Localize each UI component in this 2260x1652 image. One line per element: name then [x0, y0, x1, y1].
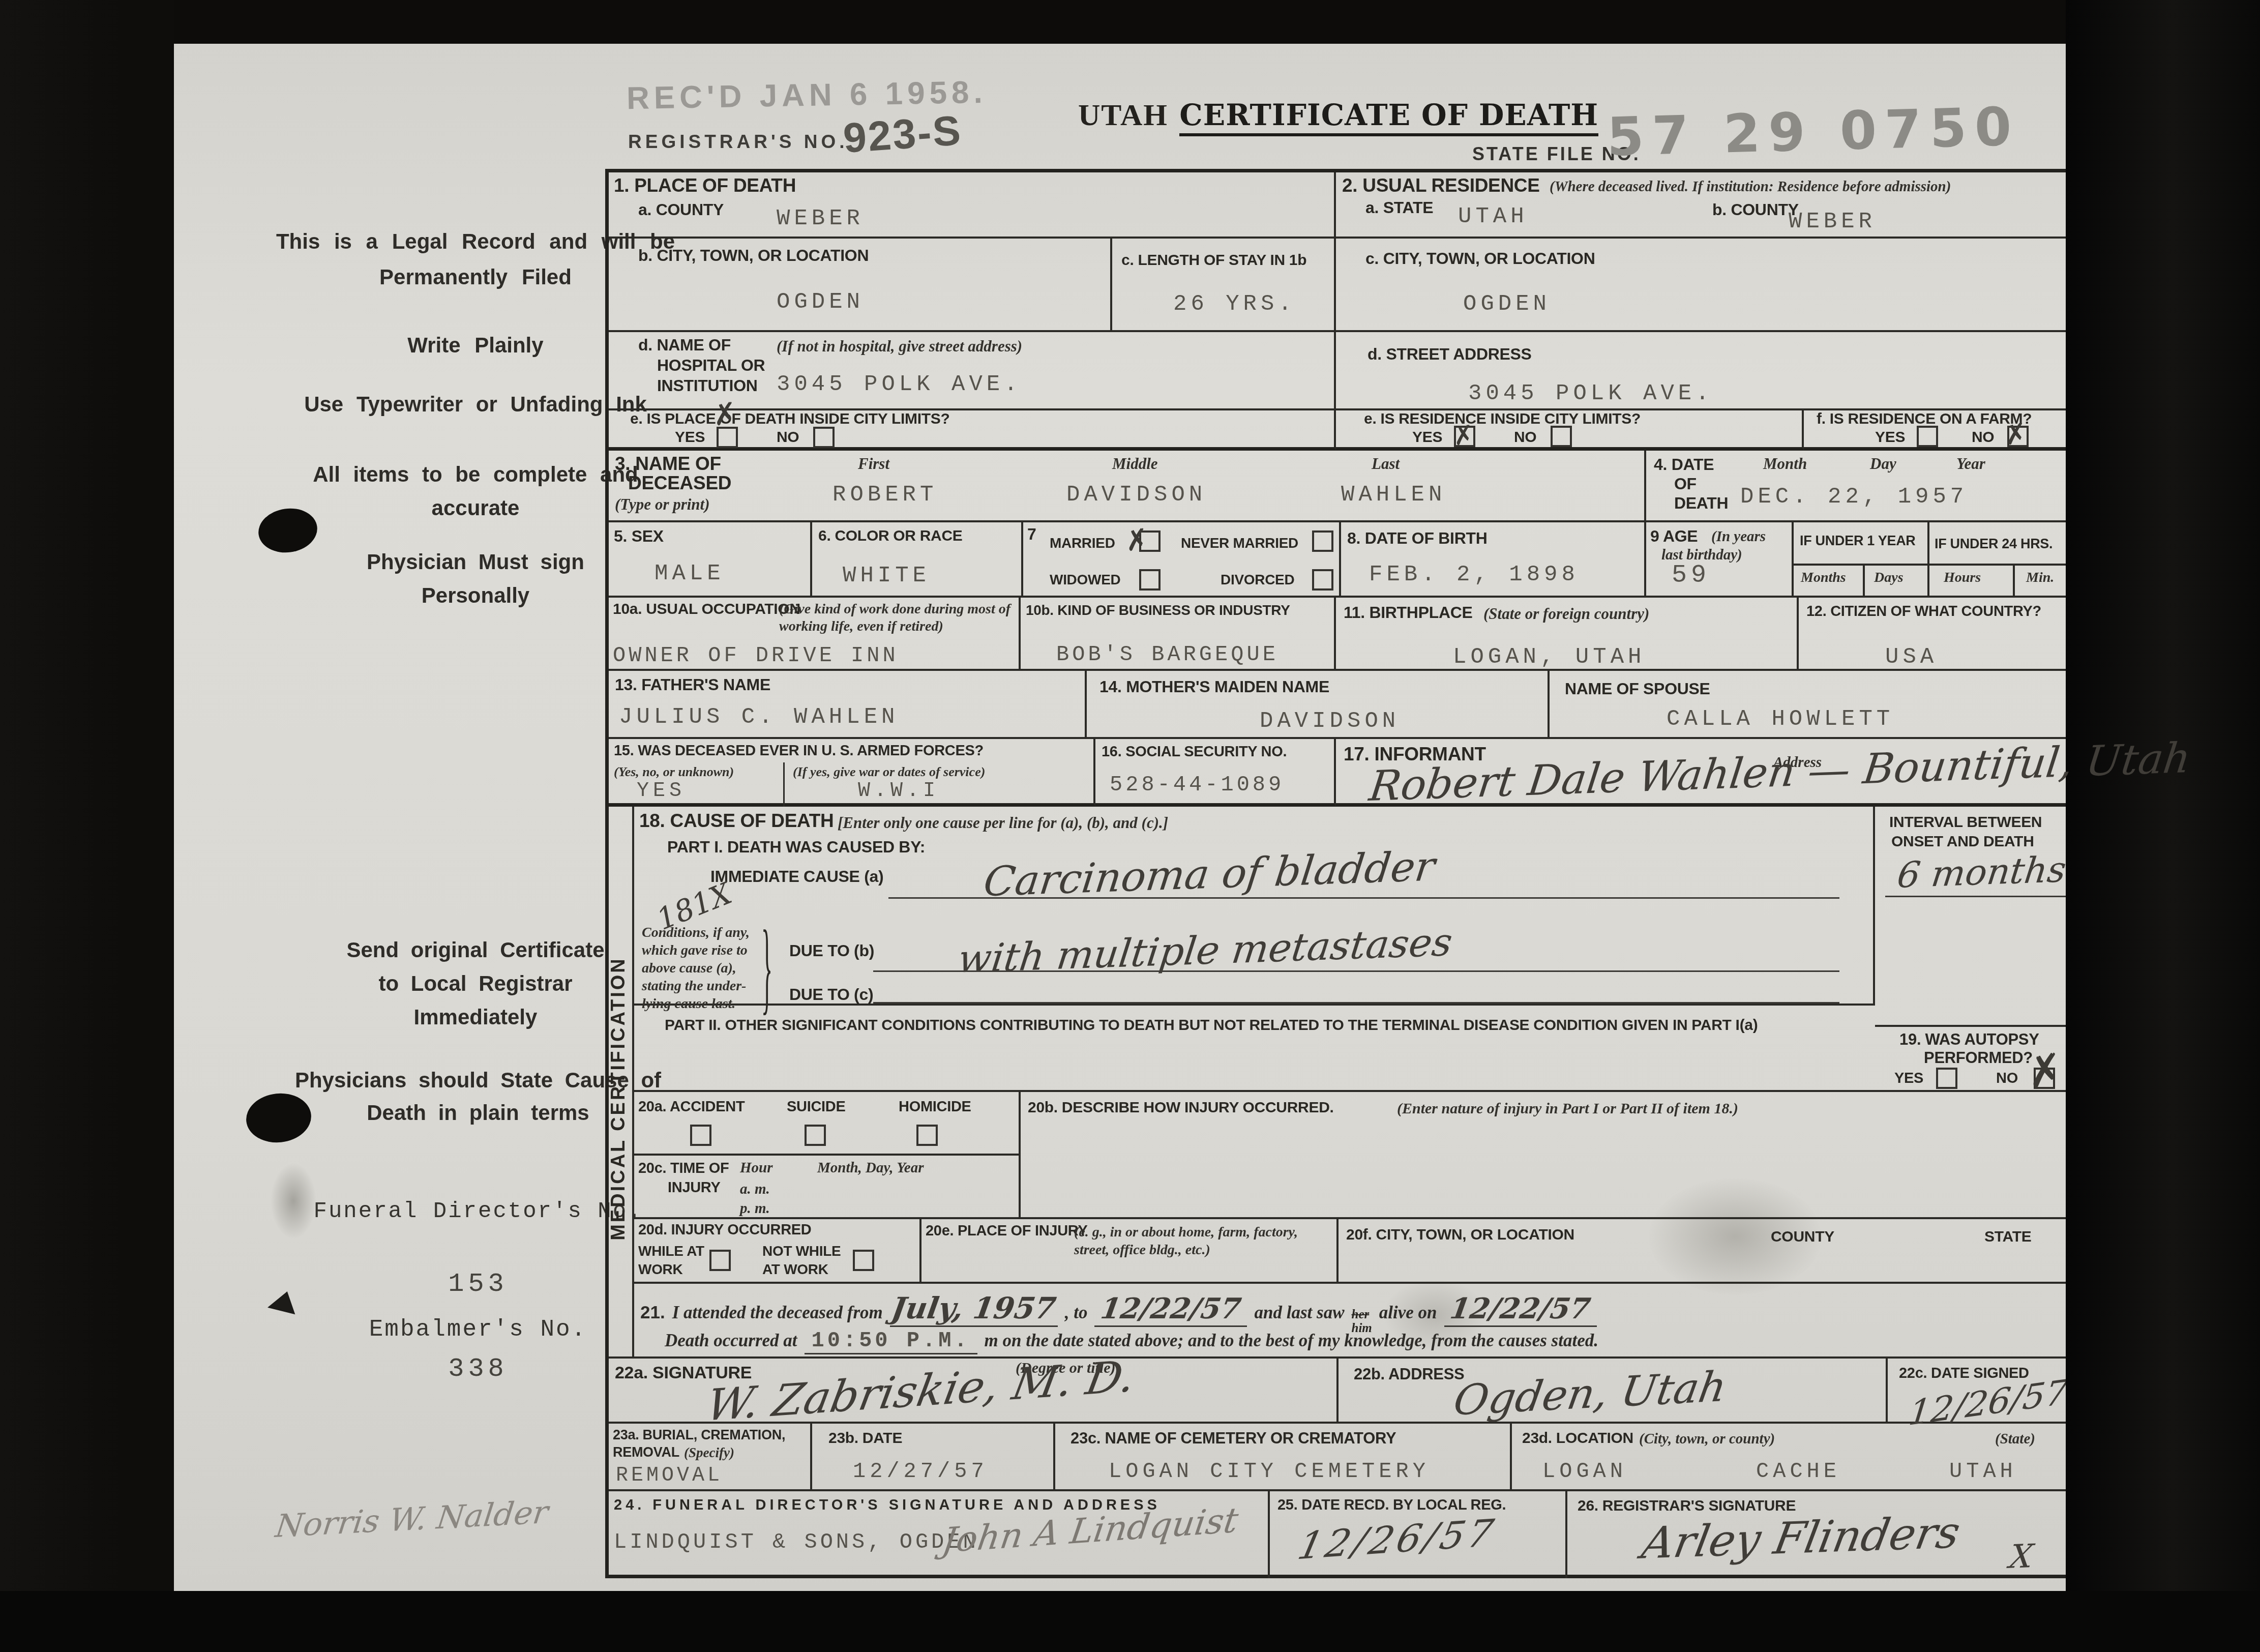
- am-label: a. m.: [740, 1181, 770, 1198]
- field-age-under: IF UNDER 1 YEAR IF UNDER 24 HRS. Months …: [1794, 522, 2077, 598]
- middle-name-header: Middle: [1112, 455, 1158, 473]
- field-time-of-injury: 20c. TIME OF INJURY Hour a. m. p. m. Mon…: [634, 1156, 1021, 1219]
- checkmark-death-city-limits-yes: ✗: [710, 398, 739, 430]
- days-label: Days: [1874, 570, 1904, 586]
- checkbox-divorced: [1312, 569, 1333, 591]
- field-registrar-signature: 26. REGISTRAR'S SIGNATURE Arley Flinders…: [1567, 1491, 2077, 1578]
- field-residence-city: c. CITY, TOWN, OR LOCATION OGDEN: [1336, 239, 2077, 332]
- field-date-received: 25. DATE RECD. BY LOCAL REG. 12/26/57: [1270, 1491, 1567, 1578]
- burial-value: REMOVAL: [616, 1464, 723, 1487]
- hospital-label-1: d. NAME OF: [638, 336, 731, 354]
- not-while-label-1: NOT WHILE: [762, 1244, 841, 1259]
- date-of-death-label-2: OF: [1674, 475, 1697, 493]
- residence-city-value: OGDEN: [1463, 291, 1551, 317]
- residence-state-value: UTAH: [1458, 204, 1528, 229]
- time-of-injury-label-2: INJURY: [668, 1180, 720, 1196]
- physician-address-label: 22b. ADDRESS: [1354, 1366, 1464, 1383]
- deceased-label-1: 3. NAME OF: [615, 454, 721, 475]
- married-label: MARRIED: [1050, 536, 1115, 551]
- checkbox-suicide: [805, 1125, 826, 1146]
- attended-text-2: , to: [1065, 1303, 1088, 1323]
- father-name-value: JULIUS C. WAHLEN: [619, 704, 899, 730]
- field-physician-signature: 22a. SIGNATURE (Degree or title) W. Zabr…: [609, 1359, 1339, 1424]
- field-length-of-stay: c. LENGTH OF STAY IN 1b 26 YRS.: [1112, 239, 1336, 332]
- checkmark-residence-city-limits-yes: ✗: [1451, 421, 1476, 449]
- checkmark-married: ✗: [1123, 525, 1150, 556]
- cause-a-value: Carcinoma of bladder: [981, 843, 1438, 906]
- cemetery-label: 23c. NAME OF CEMETERY OR CREMATORY: [1070, 1430, 1396, 1447]
- burial-label-1: 23a. BURIAL, CREMATION,: [613, 1428, 785, 1443]
- field-death-city: b. CITY, TOWN, OR LOCATION OGDEN: [609, 239, 1112, 332]
- attended-to-value: 12/22/57: [1098, 1292, 1243, 1325]
- last-name-value: WAHLEN: [1341, 482, 1446, 508]
- interval-value: 6 months: [1895, 848, 2068, 896]
- field-mother-name: 14. MOTHER'S MAIDEN NAME DAVIDSON: [1087, 671, 1550, 739]
- death-city-label: b. CITY, TOWN, OR LOCATION: [638, 247, 869, 264]
- field-attended-statement: 21. I attended the deceased from July, 1…: [634, 1284, 2077, 1359]
- field-birthplace: 11. BIRTHPLACE (State or foreign country…: [1336, 598, 1799, 671]
- form-title-main: CERTIFICATE OF DEATH: [1179, 98, 1598, 136]
- age-value: 59: [1672, 561, 1710, 590]
- mother-name-value: DAVIDSON: [1260, 709, 1400, 734]
- field-part2: PART II. OTHER SIGNIFICANT CONDITIONS CO…: [634, 1006, 1875, 1092]
- physician-signature-script: W. Zabriskie, M. D.: [703, 1351, 1139, 1431]
- attended-text-3: and last saw: [1254, 1303, 1344, 1323]
- no-label: NO: [1514, 429, 1536, 446]
- under-24-hrs-label: IF UNDER 24 HRS.: [1935, 537, 2053, 552]
- not-while-label-2: AT WORK: [762, 1262, 828, 1278]
- industry-value: BOB'S BARGEQUE: [1056, 642, 1278, 667]
- describe-injury-label: 20b. DESCRIBE HOW INJURY OCCURRED.: [1028, 1099, 1334, 1116]
- margin-note-send-original: Send original Certificate to Local Regis…: [333, 933, 618, 1034]
- month-header: Month: [1763, 455, 1807, 473]
- field-ssn: 16. SOCIAL SECURITY NO. 528-44-1089: [1095, 739, 1336, 807]
- death-time-value: 10:50 P.M.: [812, 1329, 970, 1353]
- field-burial-type: 23a. BURIAL, CREMATION, REMOVAL (Specify…: [609, 1424, 812, 1491]
- field-death-city-limits: e. IS PLACE OF DEATH INSIDE CITY LIMITS?…: [609, 410, 1336, 451]
- interval-label-2: ONSET AND DEATH: [1891, 833, 2034, 850]
- field-interval: INTERVAL BETWEEN ONSET AND DEATH 6 month…: [1875, 807, 2077, 1027]
- county-label: a. COUNTY: [638, 201, 724, 219]
- field-marital-status: 7 MARRIED ✗ NEVER MARRIED WIDOWED DIVORC…: [1023, 522, 1341, 598]
- checkbox-widowed: [1139, 569, 1161, 591]
- last-name-header: Last: [1372, 455, 1400, 473]
- hospital-hint: (If not in hospital, give street address…: [777, 337, 1022, 356]
- while-at-work-label-1: WHILE AT: [638, 1244, 704, 1259]
- photo-border-left: [0, 0, 174, 1652]
- form-title-state: UTAH: [1078, 98, 1168, 132]
- armed-forces-hint-1: (Yes, no, or unknown): [614, 764, 734, 780]
- homicide-label: HOMICIDE: [899, 1099, 971, 1115]
- field-occupation: 10a. USUAL OCCUPATION (Give kind of work…: [609, 598, 1021, 671]
- physician-address-script: Ogden, Utah: [1450, 1363, 1730, 1425]
- citizen-value: USA: [1885, 644, 1938, 670]
- field-date-signed: 22c. DATE SIGNED 12/26/57: [1888, 1359, 2077, 1424]
- year-header: Year: [1956, 455, 1985, 473]
- hours-cell: Hours: [1929, 566, 2015, 598]
- field-cemetery-location: 23d. LOCATION (City, town, or county) (S…: [1512, 1424, 2077, 1491]
- describe-injury-hint: (Enter nature of injury in Part I or Par…: [1397, 1100, 1738, 1118]
- field-industry: 10b. KIND OF BUSINESS OR INDUSTRY BOB'S …: [1021, 598, 1336, 671]
- deceased-label-2: DECEASED: [628, 473, 731, 494]
- death-city-limits-label: e. IS PLACE OF DEATH INSIDE CITY LIMITS?: [630, 410, 950, 427]
- margin-note-physician-sign: Physician Must sign Personally: [343, 545, 608, 612]
- cause-b-value: with multiple metastases: [956, 919, 1455, 982]
- field-accident-suicide-homicide: 20a. ACCIDENT SUICIDE HOMICIDE: [634, 1092, 1021, 1156]
- interval-line: [1885, 896, 2068, 897]
- sex-value: MALE: [655, 561, 725, 586]
- field-date-of-death: 4. DATE OF DEATH Month Day Year DEC. 22,…: [1646, 451, 2077, 522]
- location-hint: (City, town, or county): [1639, 1431, 1775, 1448]
- month-day-year-label: Month, Day, Year: [817, 1160, 924, 1176]
- due-to-c-label: DUE TO (c): [789, 986, 873, 1004]
- days-cell: Days: [1865, 566, 1929, 598]
- field-informant: 17. INFORMANT Address Robert Dale Wahlen…: [1336, 739, 2077, 807]
- field-street-address: d. STREET ADDRESS 3045 POLK AVE.: [1336, 332, 2077, 410]
- no-label: NO: [1996, 1071, 2018, 1087]
- photo-border-top: [0, 0, 2260, 45]
- checkbox-death-city-limits-no: [813, 427, 835, 448]
- checkbox-autopsy-yes: [1936, 1068, 1957, 1089]
- occupation-value: OWNER OF DRIVE INN: [613, 643, 899, 668]
- industry-label: 10b. KIND OF BUSINESS OR INDUSTRY: [1026, 603, 1290, 618]
- margin-note-complete: All items to be complete and accurate: [313, 458, 638, 525]
- field-usual-residence: 2. USUAL RESIDENCE (Where deceased lived…: [1336, 172, 2077, 239]
- never-married-label: NEVER MARRIED: [1181, 536, 1298, 551]
- day-header: Day: [1870, 455, 1896, 473]
- residence-county-label: b. COUNTY: [1712, 201, 1799, 219]
- field-injury-city: 20f. CITY, TOWN, OR LOCATION COUNTY STAT…: [1339, 1219, 2077, 1284]
- length-of-stay-label: c. LENGTH OF STAY IN 1b: [1121, 252, 1306, 269]
- street-address-label: d. STREET ADDRESS: [1367, 345, 1532, 363]
- months-label: Months: [1801, 570, 1846, 586]
- yes-label: YES: [1894, 1071, 1923, 1087]
- yes-label: YES: [675, 429, 705, 446]
- date-of-death-label-1: 4. DATE: [1654, 456, 1714, 474]
- residence-city-limits-label: e. IS RESIDENCE INSIDE CITY LIMITS?: [1364, 410, 1641, 427]
- age-label: 9 AGE: [1650, 527, 1698, 545]
- occupation-label: 10a. USUAL OCCUPATION: [613, 601, 800, 617]
- field-autopsy: 19. WAS AUTOPSY PERFORMED? YES NO ✗: [1875, 1027, 2077, 1092]
- hours-label: Hours: [1944, 570, 1981, 586]
- widowed-label: WIDOWED: [1050, 572, 1120, 588]
- pm-label: p. m.: [740, 1200, 770, 1217]
- field-citizen: 12. CITIZEN OF WHAT COUNTRY? USA: [1799, 598, 2077, 671]
- yes-label: YES: [1412, 429, 1442, 446]
- last-seen-value: 12/22/57: [1448, 1292, 1593, 1325]
- field-armed-forces: 15. WAS DECEASED EVER IN U. S. ARMED FOR…: [609, 739, 1095, 807]
- divorced-label: DIVORCED: [1221, 572, 1294, 588]
- field-physician-address: 22b. ADDRESS Ogden, Utah: [1339, 1359, 1888, 1424]
- length-of-stay-value: 26 YRS.: [1173, 291, 1296, 317]
- min-label: Min.: [2026, 570, 2054, 586]
- cause-c-line: [873, 1002, 1839, 1004]
- death-occurred-text-2: m on the date stated above; and to the b…: [985, 1331, 1598, 1351]
- checkbox-never-married: [1312, 530, 1333, 552]
- ssn-label: 16. SOCIAL SECURITY NO.: [1102, 744, 1287, 760]
- state-file-stamp: 57 29 0750: [1607, 95, 2020, 168]
- field-residence-farm: f. IS RESIDENCE ON A FARM? YES NO ✗: [1804, 410, 2077, 451]
- first-name-value: ROBERT: [832, 482, 937, 508]
- field-father-name: 13. FATHER'S NAME JULIUS C. WAHLEN: [609, 671, 1087, 739]
- due-to-b-label: DUE TO (b): [789, 942, 874, 960]
- photo-border-right: [2066, 0, 2260, 1652]
- under-1-year-header: IF UNDER 1 YEAR: [1794, 522, 1929, 566]
- death-city-value: OGDEN: [777, 289, 864, 315]
- accident-label: 20a. ACCIDENT: [638, 1099, 745, 1115]
- spouse-value: CALLA HOWLETT: [1667, 706, 1894, 732]
- residence-state-label: a. STATE: [1365, 199, 1433, 217]
- citizen-label: 12. CITIZEN OF WHAT COUNTRY?: [1806, 604, 2041, 620]
- burial-specify-hint: (Specify): [684, 1445, 734, 1461]
- attended-from-value: July, 1957: [889, 1291, 1058, 1325]
- field-color-race: 6. COLOR OR RACE WHITE: [812, 522, 1023, 598]
- autopsy-label-1: 19. WAS AUTOPSY: [1899, 1031, 2039, 1048]
- burial-label-2: REMOVAL: [613, 1445, 679, 1460]
- marital-no: 7: [1027, 525, 1036, 543]
- cemetery-value: LOGAN CITY CEMETERY: [1109, 1459, 1430, 1484]
- margin-note-typewriter: Use Typewriter or Unfading Ink: [298, 388, 653, 421]
- punch-hole: [256, 505, 320, 556]
- middle-name-value: DAVIDSON: [1066, 482, 1206, 508]
- field-date-of-birth: 8. DATE OF BIRTH FEB. 2, 1898: [1341, 522, 1646, 598]
- checkmark-autopsy-no: ✗: [2024, 1047, 2066, 1095]
- field-age: 9 AGE (In years last birthday) 59: [1646, 522, 1794, 598]
- section2-hint: (Where deceased lived. If institution: R…: [1550, 179, 1951, 195]
- hospital-label-2: HOSPITAL OR: [657, 357, 765, 374]
- mother-name-label: 14. MOTHER'S MAIDEN NAME: [1099, 678, 1329, 696]
- section2-title: 2. USUAL RESIDENCE: [1342, 175, 1540, 196]
- armed-forces-value-2: W.W.I: [858, 780, 939, 803]
- place-of-injury-hint: (e. g., in or about home, farm, factory,…: [1074, 1223, 1328, 1259]
- first-name-header: First: [858, 455, 889, 473]
- location-label: 23d. LOCATION: [1522, 1430, 1633, 1447]
- attended-text-1: I attended the deceased from: [672, 1303, 883, 1323]
- registrar-signature-label: 26. REGISTRAR'S SIGNATURE: [1578, 1497, 1796, 1514]
- field-cause-of-death: 18. CAUSE OF DEATH [Enter only one cause…: [634, 807, 1875, 1006]
- color-race-label: 6. COLOR OR RACE: [818, 527, 963, 544]
- injury-occurred-label: 20d. INJURY OCCURRED: [638, 1222, 811, 1238]
- armed-forces-value-1: YES: [637, 780, 686, 803]
- date-received-label: 25. DATE RECD. BY LOCAL REG.: [1277, 1497, 1506, 1514]
- funeral-director-typed: LINDQUIST & SONS, OGDEN: [614, 1530, 979, 1554]
- birthplace-value: LOGAN, UTAH: [1453, 644, 1645, 670]
- photo-border-bottom: [0, 1591, 2260, 1652]
- checkbox-residence-city-limits-no: [1551, 426, 1572, 447]
- date-of-death-value: DEC. 22, 1957: [1740, 484, 1968, 510]
- suicide-label: SUICIDE: [787, 1099, 846, 1115]
- registrar-no-value: 923-S: [842, 107, 964, 163]
- ssn-value: 528-44-1089: [1110, 773, 1284, 797]
- field-injury-occurred: 20d. INJURY OCCURRED WHILE AT WORK NOT W…: [634, 1219, 921, 1284]
- date-signed-label: 22c. DATE SIGNED: [1899, 1366, 2029, 1382]
- registrar-signature-flourish: X: [2007, 1538, 2035, 1576]
- checkmark-residence-farm-no: ✗: [2002, 419, 2029, 450]
- interval-label-1: INTERVAL BETWEEN: [1889, 814, 2042, 831]
- time-of-injury-label-1: 20c. TIME OF: [638, 1161, 729, 1177]
- spouse-label: NAME OF SPOUSE: [1565, 680, 1710, 698]
- color-race-value: WHITE: [843, 563, 930, 588]
- armed-forces-hint-2: (If yes, give war or dates of service): [793, 764, 985, 780]
- armed-forces-label: 15. WAS DECEASED EVER IN U. S. ARMED FOR…: [614, 743, 984, 759]
- checkbox-not-while-at-work: [853, 1250, 874, 1271]
- while-at-work-label-2: WORK: [638, 1262, 682, 1278]
- certificate-form: 1. PLACE OF DEATH a. COUNTY WEBER 2. USU…: [605, 169, 2074, 1578]
- date-of-death-label-3: DEATH: [1674, 494, 1728, 512]
- deceased-label-3: (Type or print): [615, 495, 710, 514]
- registrar-no-label: REGISTRAR'S NO.: [628, 131, 848, 153]
- part1-label: PART I. DEATH WAS CAUSED BY:: [667, 838, 925, 856]
- checkbox-accident: [690, 1125, 711, 1146]
- birthplace-hint: (State or foreign country): [1483, 605, 1649, 623]
- section1-title: 1. PLACE OF DEATH: [614, 175, 796, 196]
- part2-text: PART II. OTHER SIGNIFICANT CONDITIONS CO…: [665, 1017, 1758, 1034]
- registrar-signature-script: Arley Flinders: [1638, 1507, 1964, 1569]
- field-place-of-injury: 20e. PLACE OF INJURY (e. g., in or about…: [921, 1219, 1339, 1284]
- field-cemetery: 23c. NAME OF CEMETERY OR CREMATORY LOGAN…: [1055, 1424, 1512, 1491]
- age-hint-1: (In years: [1711, 528, 1766, 545]
- field-residence-city-limits: e. IS RESIDENCE INSIDE CITY LIMITS? YES …: [1336, 410, 1804, 451]
- date-of-birth-value: FEB. 2, 1898: [1369, 562, 1579, 587]
- under-24-hrs-header: IF UNDER 24 HRS.: [1929, 522, 2077, 566]
- field-spouse-name: NAME OF SPOUSE CALLA HOWLETT: [1550, 671, 2077, 739]
- cause-of-death-label: 18. CAUSE OF DEATH: [639, 811, 834, 832]
- attended-no: 21.: [640, 1303, 665, 1323]
- location-city-value: LOGAN: [1542, 1459, 1627, 1484]
- date-received-script: 12/26/57: [1294, 1511, 1500, 1568]
- injury-city-label: 20f. CITY, TOWN, OR LOCATION: [1346, 1226, 1574, 1243]
- checkbox-while-at-work: [709, 1250, 731, 1271]
- location-state-hint: (State): [1995, 1431, 2035, 1448]
- no-label: NO: [777, 429, 799, 446]
- sex-label: 5. SEX: [614, 527, 664, 545]
- form-title: UTAH CERTIFICATE OF DEATH: [1078, 98, 1598, 133]
- checkbox-homicide: [916, 1125, 938, 1146]
- location-county-value: CACHE: [1756, 1459, 1840, 1484]
- field-sex: 5. SEX MALE: [609, 522, 812, 598]
- injury-county-label: COUNTY: [1771, 1228, 1834, 1245]
- burial-date-label: 23b. DATE: [828, 1430, 902, 1447]
- location-state-value: UTAH: [1949, 1459, 2017, 1484]
- death-occurred-text: Death occurred at: [665, 1331, 797, 1351]
- attended-text-4: alive on: [1379, 1303, 1437, 1323]
- burial-date-value: 12/27/57: [853, 1459, 988, 1484]
- residence-city-label: c. CITY, TOWN, OR LOCATION: [1365, 250, 1595, 268]
- date-of-birth-label: 8. DATE OF BIRTH: [1347, 529, 1488, 547]
- field-burial-date: 23b. DATE 12/27/57: [812, 1424, 1055, 1491]
- hospital-label-3: INSTITUTION: [657, 377, 758, 395]
- residence-county-value: WEBER: [1789, 209, 1876, 234]
- injury-state-label: STATE: [1984, 1228, 2031, 1245]
- county-value: WEBER: [777, 206, 864, 231]
- medical-certification-strip: [609, 807, 634, 1359]
- field-funeral-director: 24. FUNERAL DIRECTOR'S SIGNATURE AND ADD…: [609, 1491, 1270, 1578]
- place-of-injury-label: 20e. PLACE OF INJURY: [926, 1223, 1087, 1240]
- conditions-note: Conditions, if any, which gave rise to a…: [642, 924, 759, 1013]
- street-address-value: 3045 POLK AVE.: [1468, 381, 1713, 406]
- divider: [783, 762, 785, 807]
- immediate-cause-label: IMMEDIATE CAUSE (a): [710, 868, 883, 886]
- yes-label: YES: [1875, 429, 1905, 446]
- field-name-of-deceased: 3. NAME OF DECEASED (Type or print) Firs…: [609, 451, 1646, 522]
- field-describe-injury: 20b. DESCRIBE HOW INJURY OCCURRED. (Ente…: [1021, 1092, 2077, 1219]
- field-place-of-death-county: 1. PLACE OF DEATH a. COUNTY WEBER: [609, 172, 1336, 239]
- no-label: NO: [1972, 429, 1994, 446]
- father-name-label: 13. FATHER'S NAME: [615, 676, 770, 694]
- months-cell: Months: [1794, 566, 1865, 598]
- hospital-value: 3045 POLK AVE.: [777, 372, 1022, 397]
- residence-farm-label: f. IS RESIDENCE ON A FARM?: [1817, 410, 2032, 427]
- birthplace-label: 11. BIRTHPLACE: [1344, 604, 1473, 622]
- under-1-year-label: IF UNDER 1 YEAR: [1800, 534, 1916, 549]
- occupation-hint: (Give kind of work done during most of w…: [779, 601, 1013, 635]
- autopsy-label-2: PERFORMED?: [1924, 1049, 2033, 1067]
- her-word: her: [1351, 1308, 1372, 1321]
- cause-of-death-hint: [Enter only one cause per line for (a), …: [838, 814, 1168, 832]
- hour-label: Hour: [740, 1160, 772, 1176]
- checkbox-residence-farm-yes: [1917, 426, 1938, 447]
